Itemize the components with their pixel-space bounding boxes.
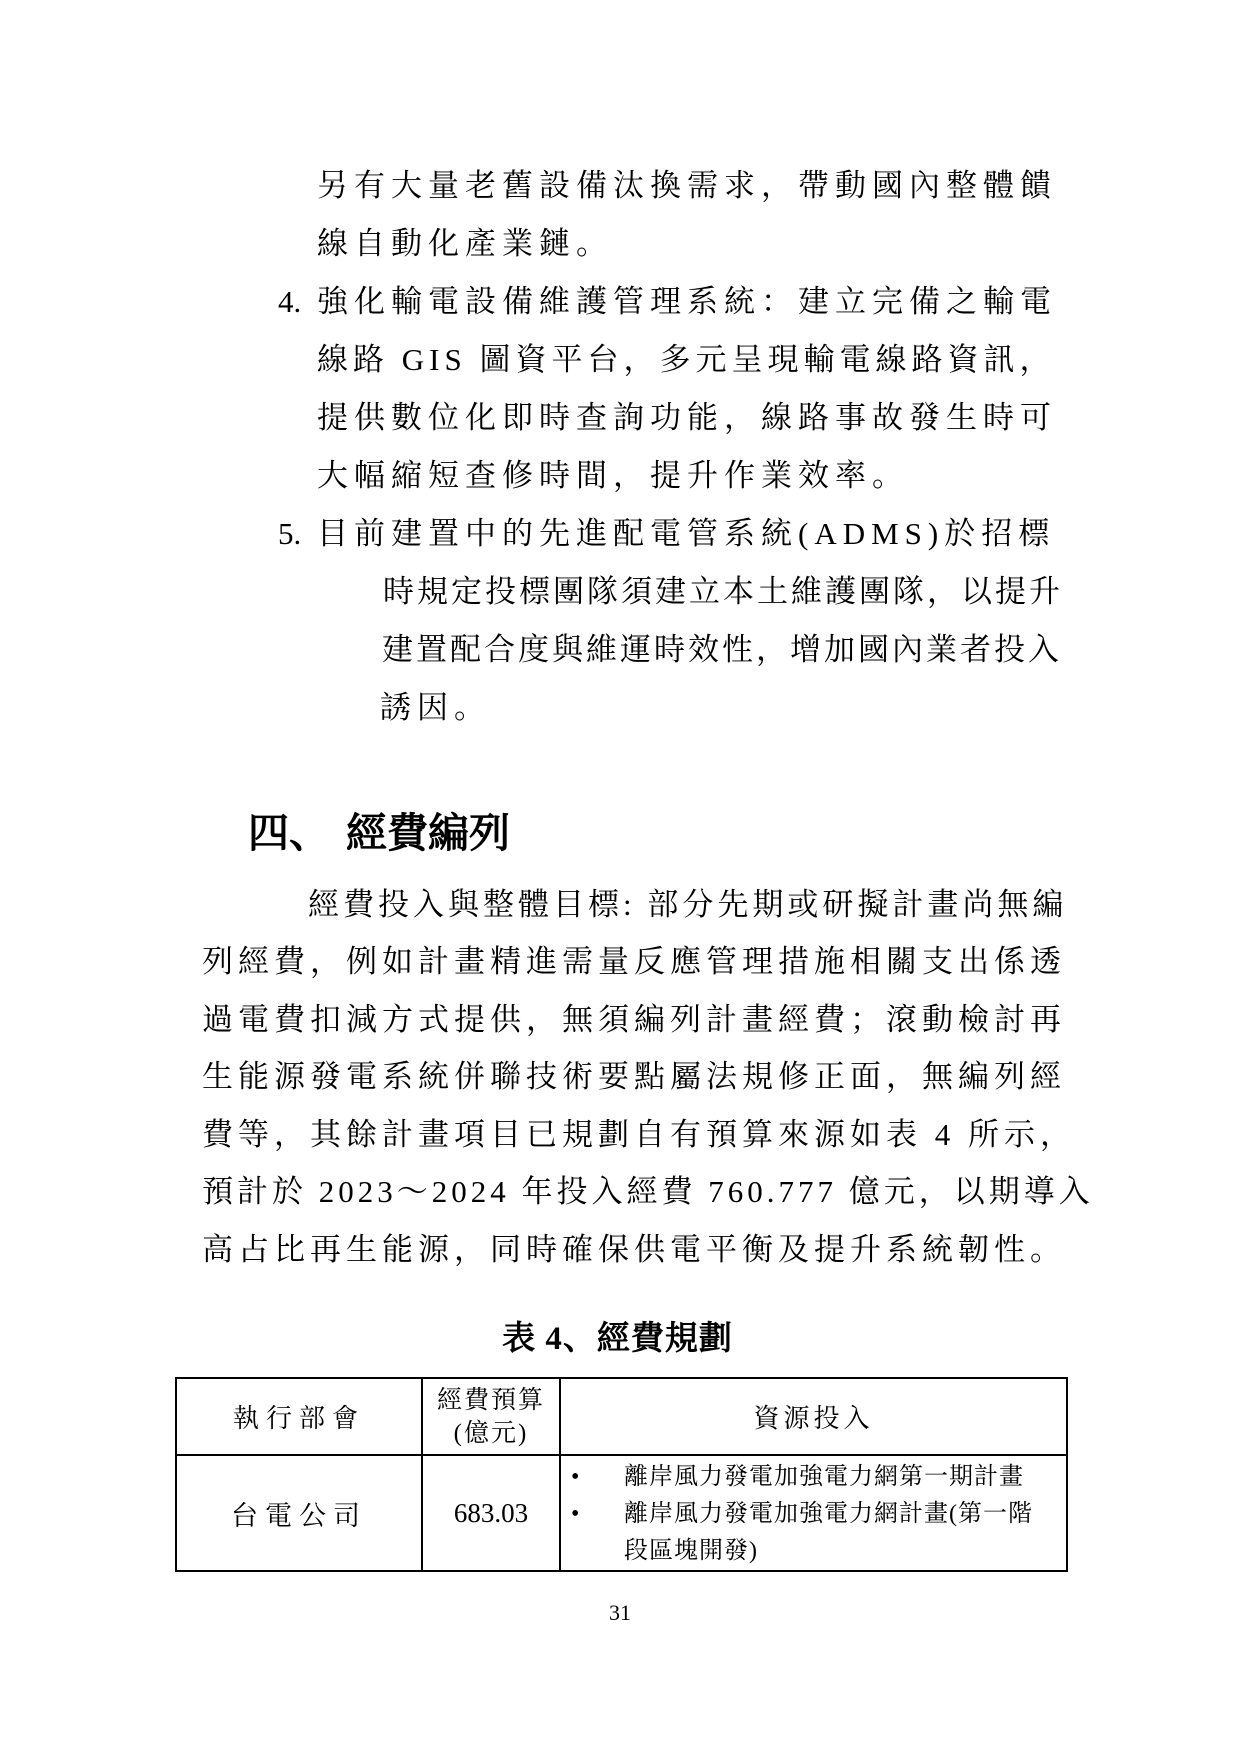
list-item5-line-2: 時規定投標團隊須建立本土維護團隊，以提升 (383, 572, 1063, 612)
table-row: 台電公司 683.03 •離岸風力發電加強電力網第一期計畫 •離岸風力發電加強電… (176, 1455, 1067, 1571)
list-item4-line-4: 大幅縮短查修時間，提升作業效率。 (317, 456, 909, 496)
bullet-icon: • (571, 1459, 579, 1496)
resource-item-text: 離岸風力發電加強電力網計畫(第一階段區塊開發) (624, 1501, 1033, 1564)
page-number: 31 (0, 1600, 1240, 1626)
list-item5-line-4: 誘因。 (380, 688, 491, 728)
paragraph-line-2: 列經費，例如計畫精進需量反應管理措施相關支出係透 (202, 942, 1066, 982)
resource-list: •離岸風力發電加強電力網第一期計畫 •離岸風力發電加強電力網計畫(第一階段區塊開… (561, 1456, 1066, 1570)
bullet-icon: • (571, 1496, 579, 1533)
list-item3-cont-line-2: 線自動化產業鏈。 (317, 224, 613, 264)
paragraph-line-4: 生能源發電系統併聯技術要點屬法規修正面，無編列經 (202, 1057, 1066, 1097)
header-budget-line1: 經費預算 (423, 1384, 559, 1417)
resource-item-text: 離岸風力發電加強電力網第一期計畫 (624, 1464, 1024, 1490)
cell-agency: 台電公司 (176, 1455, 422, 1571)
list-item5-line-3: 建置配合度與維運時效性，增加國內業者投入 (382, 630, 1062, 670)
resource-item: •離岸風力發電加強電力網第一期計畫 (561, 1459, 1054, 1496)
paragraph-line-3: 過電費扣減方式提供，無須編列計畫經費；滾動檢討再 (202, 1000, 1066, 1040)
section-heading: 四、經費編列 (248, 810, 510, 856)
budget-table: 執行部會 經費預算 (億元) 資源投入 台電公司 683.03 •離岸風力發電加… (175, 1377, 1068, 1572)
document-page: 另有大量老舊設備汰換需求，帶動國內整體饋 線自動化產業鏈。 4. 強化輸電設備維… (0, 0, 1240, 1753)
header-budget-line2: (億元) (423, 1417, 559, 1450)
list-item4-line-3: 提供數位化即時查詢功能，線路事故發生時可 (317, 398, 1057, 438)
list-item4-number: 4. (278, 282, 301, 322)
header-cell-agency: 執行部會 (176, 1378, 422, 1455)
list-item4-line-2: 線路 GIS 圖資平台，多元呈現輸電線路資訊， (317, 340, 1055, 380)
table-caption: 表 4、經費規劃 (175, 1319, 1060, 1359)
paragraph-line-5: 費等，其餘計畫項目已規劃自有預算來源如表 4 所示， (202, 1115, 1076, 1155)
paragraph-line-6: 預計於 2023～2024 年投入經費 760.777 億元，以期導入 (202, 1172, 1094, 1212)
header-cell-budget: 經費預算 (億元) (422, 1378, 560, 1455)
list-item3-cont-line-1: 另有大量老舊設備汰換需求，帶動國內整體饋 (317, 166, 1057, 206)
cell-budget: 683.03 (422, 1455, 560, 1571)
section-heading-number: 四、 (248, 810, 330, 856)
section-heading-title: 經費編列 (346, 810, 510, 856)
header-cell-resources: 資源投入 (560, 1378, 1067, 1455)
paragraph-line-7: 高占比再生能源，同時確保供電平衡及提升系統韌性。 (202, 1230, 1066, 1270)
list-item4-line-1: 強化輸電設備維護管理系統：建立完備之輸電 (317, 282, 1057, 322)
table-header-row: 執行部會 經費預算 (億元) 資源投入 (176, 1378, 1067, 1455)
resource-item: •離岸風力發電加強電力網計畫(第一階段區塊開發) (561, 1496, 1054, 1570)
cell-resources: •離岸風力發電加強電力網第一期計畫 •離岸風力發電加強電力網計畫(第一階段區塊開… (560, 1455, 1067, 1571)
list-item5-number: 5. (278, 514, 301, 554)
paragraph-line-1: 經費投入與整體目標: 部分先期或研擬計畫尚無編 (308, 885, 1067, 925)
list-item5-line-1: 目前建置中的先進配電管系統(ADMS)於招標 (317, 514, 1055, 554)
